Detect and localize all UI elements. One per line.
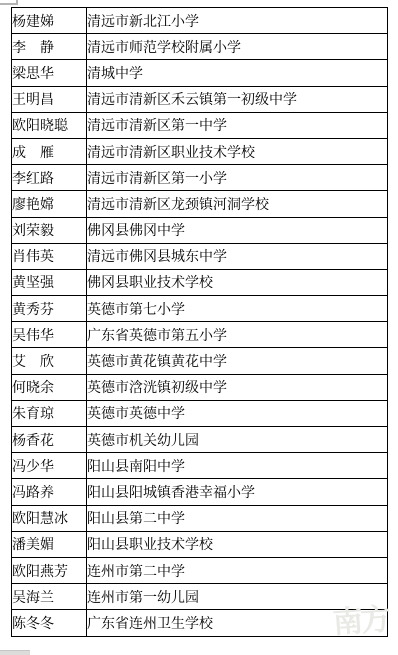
school-name: 清远市清新区龙颈镇河洞学校 xyxy=(87,191,388,217)
school-name: 清远市清新区禾云镇第一初级中学 xyxy=(87,86,388,112)
school-name: 英德市机关幼儿园 xyxy=(87,427,388,453)
teacher-name: 成 雁 xyxy=(12,138,87,164)
table-row: 李红路清远市清新区第一小学 xyxy=(12,165,388,191)
school-name: 佛冈县佛冈中学 xyxy=(87,217,388,243)
table-row: 肖伟英清远市佛冈县城东中学 xyxy=(12,243,388,269)
school-name: 清远市清新区职业技术学校 xyxy=(87,138,388,164)
teacher-name: 冯路养 xyxy=(12,479,87,505)
school-name: 清远市清新区第一小学 xyxy=(87,165,388,191)
table-row: 梁思华清城中学 xyxy=(12,60,388,86)
school-name: 英德市黄花镇黄花中学 xyxy=(87,348,388,374)
teacher-name: 廖艳嫦 xyxy=(12,191,87,217)
table-row: 欧阳慧冰阳山县第二中学 xyxy=(12,505,388,531)
page-bottom-artifact xyxy=(0,650,30,655)
teacher-name: 梁思华 xyxy=(12,60,87,86)
teacher-name: 肖伟英 xyxy=(12,243,87,269)
teacher-name: 刘荣毅 xyxy=(12,217,87,243)
table-row: 冯少华阳山县南阳中学 xyxy=(12,453,388,479)
school-name: 清远市佛冈县城东中学 xyxy=(87,243,388,269)
table-row: 吴伟华广东省英德市第五小学 xyxy=(12,322,388,348)
teacher-name: 潘美媚 xyxy=(12,531,87,557)
teacher-name: 吴海兰 xyxy=(12,584,87,610)
school-name: 连州市第一幼儿园 xyxy=(87,584,388,610)
table-body: 杨建娣清远市新北江小学李 静清远市师范学校附属小学梁思华清城中学王明昌清远市清新… xyxy=(12,8,388,637)
school-name: 广东省英德市第五小学 xyxy=(87,322,388,348)
teacher-name: 艾 欣 xyxy=(12,348,87,374)
school-name: 清远市新北江小学 xyxy=(87,8,388,34)
table-row: 吴海兰连州市第一幼儿园 xyxy=(12,584,388,610)
school-name: 英德市英德中学 xyxy=(87,400,388,426)
table-row: 欧阳晓聪清远市清新区第一中学 xyxy=(12,112,388,138)
table-row: 何晓余英德市浛洸镇初级中学 xyxy=(12,374,388,400)
table-row: 黄秀芬英德市第七小学 xyxy=(12,296,388,322)
teacher-name: 欧阳晓聪 xyxy=(12,112,87,138)
teacher-name: 欧阳慧冰 xyxy=(12,505,87,531)
table-row: 欧阳燕芳连州市第二中学 xyxy=(12,557,388,583)
teacher-name: 李 静 xyxy=(12,34,87,60)
school-name: 英德市第七小学 xyxy=(87,296,388,322)
school-name: 连州市第二中学 xyxy=(87,557,388,583)
teacher-name: 欧阳燕芳 xyxy=(12,557,87,583)
table-row: 黄坚强佛冈县职业技术学校 xyxy=(12,269,388,295)
school-name: 广东省连州卫生学校 xyxy=(87,610,388,636)
table-row: 成 雁清远市清新区职业技术学校 xyxy=(12,138,388,164)
table-row: 艾 欣英德市黄花镇黄花中学 xyxy=(12,348,388,374)
table-row: 陈冬冬广东省连州卫生学校 xyxy=(12,610,388,636)
teacher-name: 何晓余 xyxy=(12,374,87,400)
teacher-name: 朱育琼 xyxy=(12,400,87,426)
school-name: 阳山县第二中学 xyxy=(87,505,388,531)
table-row: 杨香花英德市机关幼儿园 xyxy=(12,427,388,453)
school-name: 阳山县职业技术学校 xyxy=(87,531,388,557)
school-name: 阳山县南阳中学 xyxy=(87,453,388,479)
table-row: 潘美媚阳山县职业技术学校 xyxy=(12,531,388,557)
school-name: 清城中学 xyxy=(87,60,388,86)
school-name: 清远市师范学校附属小学 xyxy=(87,34,388,60)
table-row: 朱育琼英德市英德中学 xyxy=(12,400,388,426)
table-row: 王明昌清远市清新区禾云镇第一初级中学 xyxy=(12,86,388,112)
teacher-name: 陈冬冬 xyxy=(12,610,87,636)
table-row: 李 静清远市师范学校附属小学 xyxy=(12,34,388,60)
table-row: 廖艳嫦清远市清新区龙颈镇河洞学校 xyxy=(12,191,388,217)
teacher-name: 杨香花 xyxy=(12,427,87,453)
school-name: 阳山县阳城镇香港幸福小学 xyxy=(87,479,388,505)
school-name: 清远市清新区第一中学 xyxy=(87,112,388,138)
teacher-name: 李红路 xyxy=(12,165,87,191)
previous-table-corner-artifact xyxy=(0,0,18,5)
teacher-name: 黄秀芬 xyxy=(12,296,87,322)
teacher-name: 杨建娣 xyxy=(12,8,87,34)
table-row: 刘荣毅佛冈县佛冈中学 xyxy=(12,217,388,243)
school-name: 英德市浛洸镇初级中学 xyxy=(87,374,388,400)
teacher-name: 吴伟华 xyxy=(12,322,87,348)
table-row: 杨建娣清远市新北江小学 xyxy=(12,8,388,34)
teacher-name: 黄坚强 xyxy=(12,269,87,295)
teacher-school-table: 杨建娣清远市新北江小学李 静清远市师范学校附属小学梁思华清城中学王明昌清远市清新… xyxy=(11,7,388,637)
document-page: 杨建娣清远市新北江小学李 静清远市师范学校附属小学梁思华清城中学王明昌清远市清新… xyxy=(0,0,398,655)
school-name: 佛冈县职业技术学校 xyxy=(87,269,388,295)
table-row: 冯路养阳山县阳城镇香港幸福小学 xyxy=(12,479,388,505)
teacher-name: 王明昌 xyxy=(12,86,87,112)
teacher-name: 冯少华 xyxy=(12,453,87,479)
